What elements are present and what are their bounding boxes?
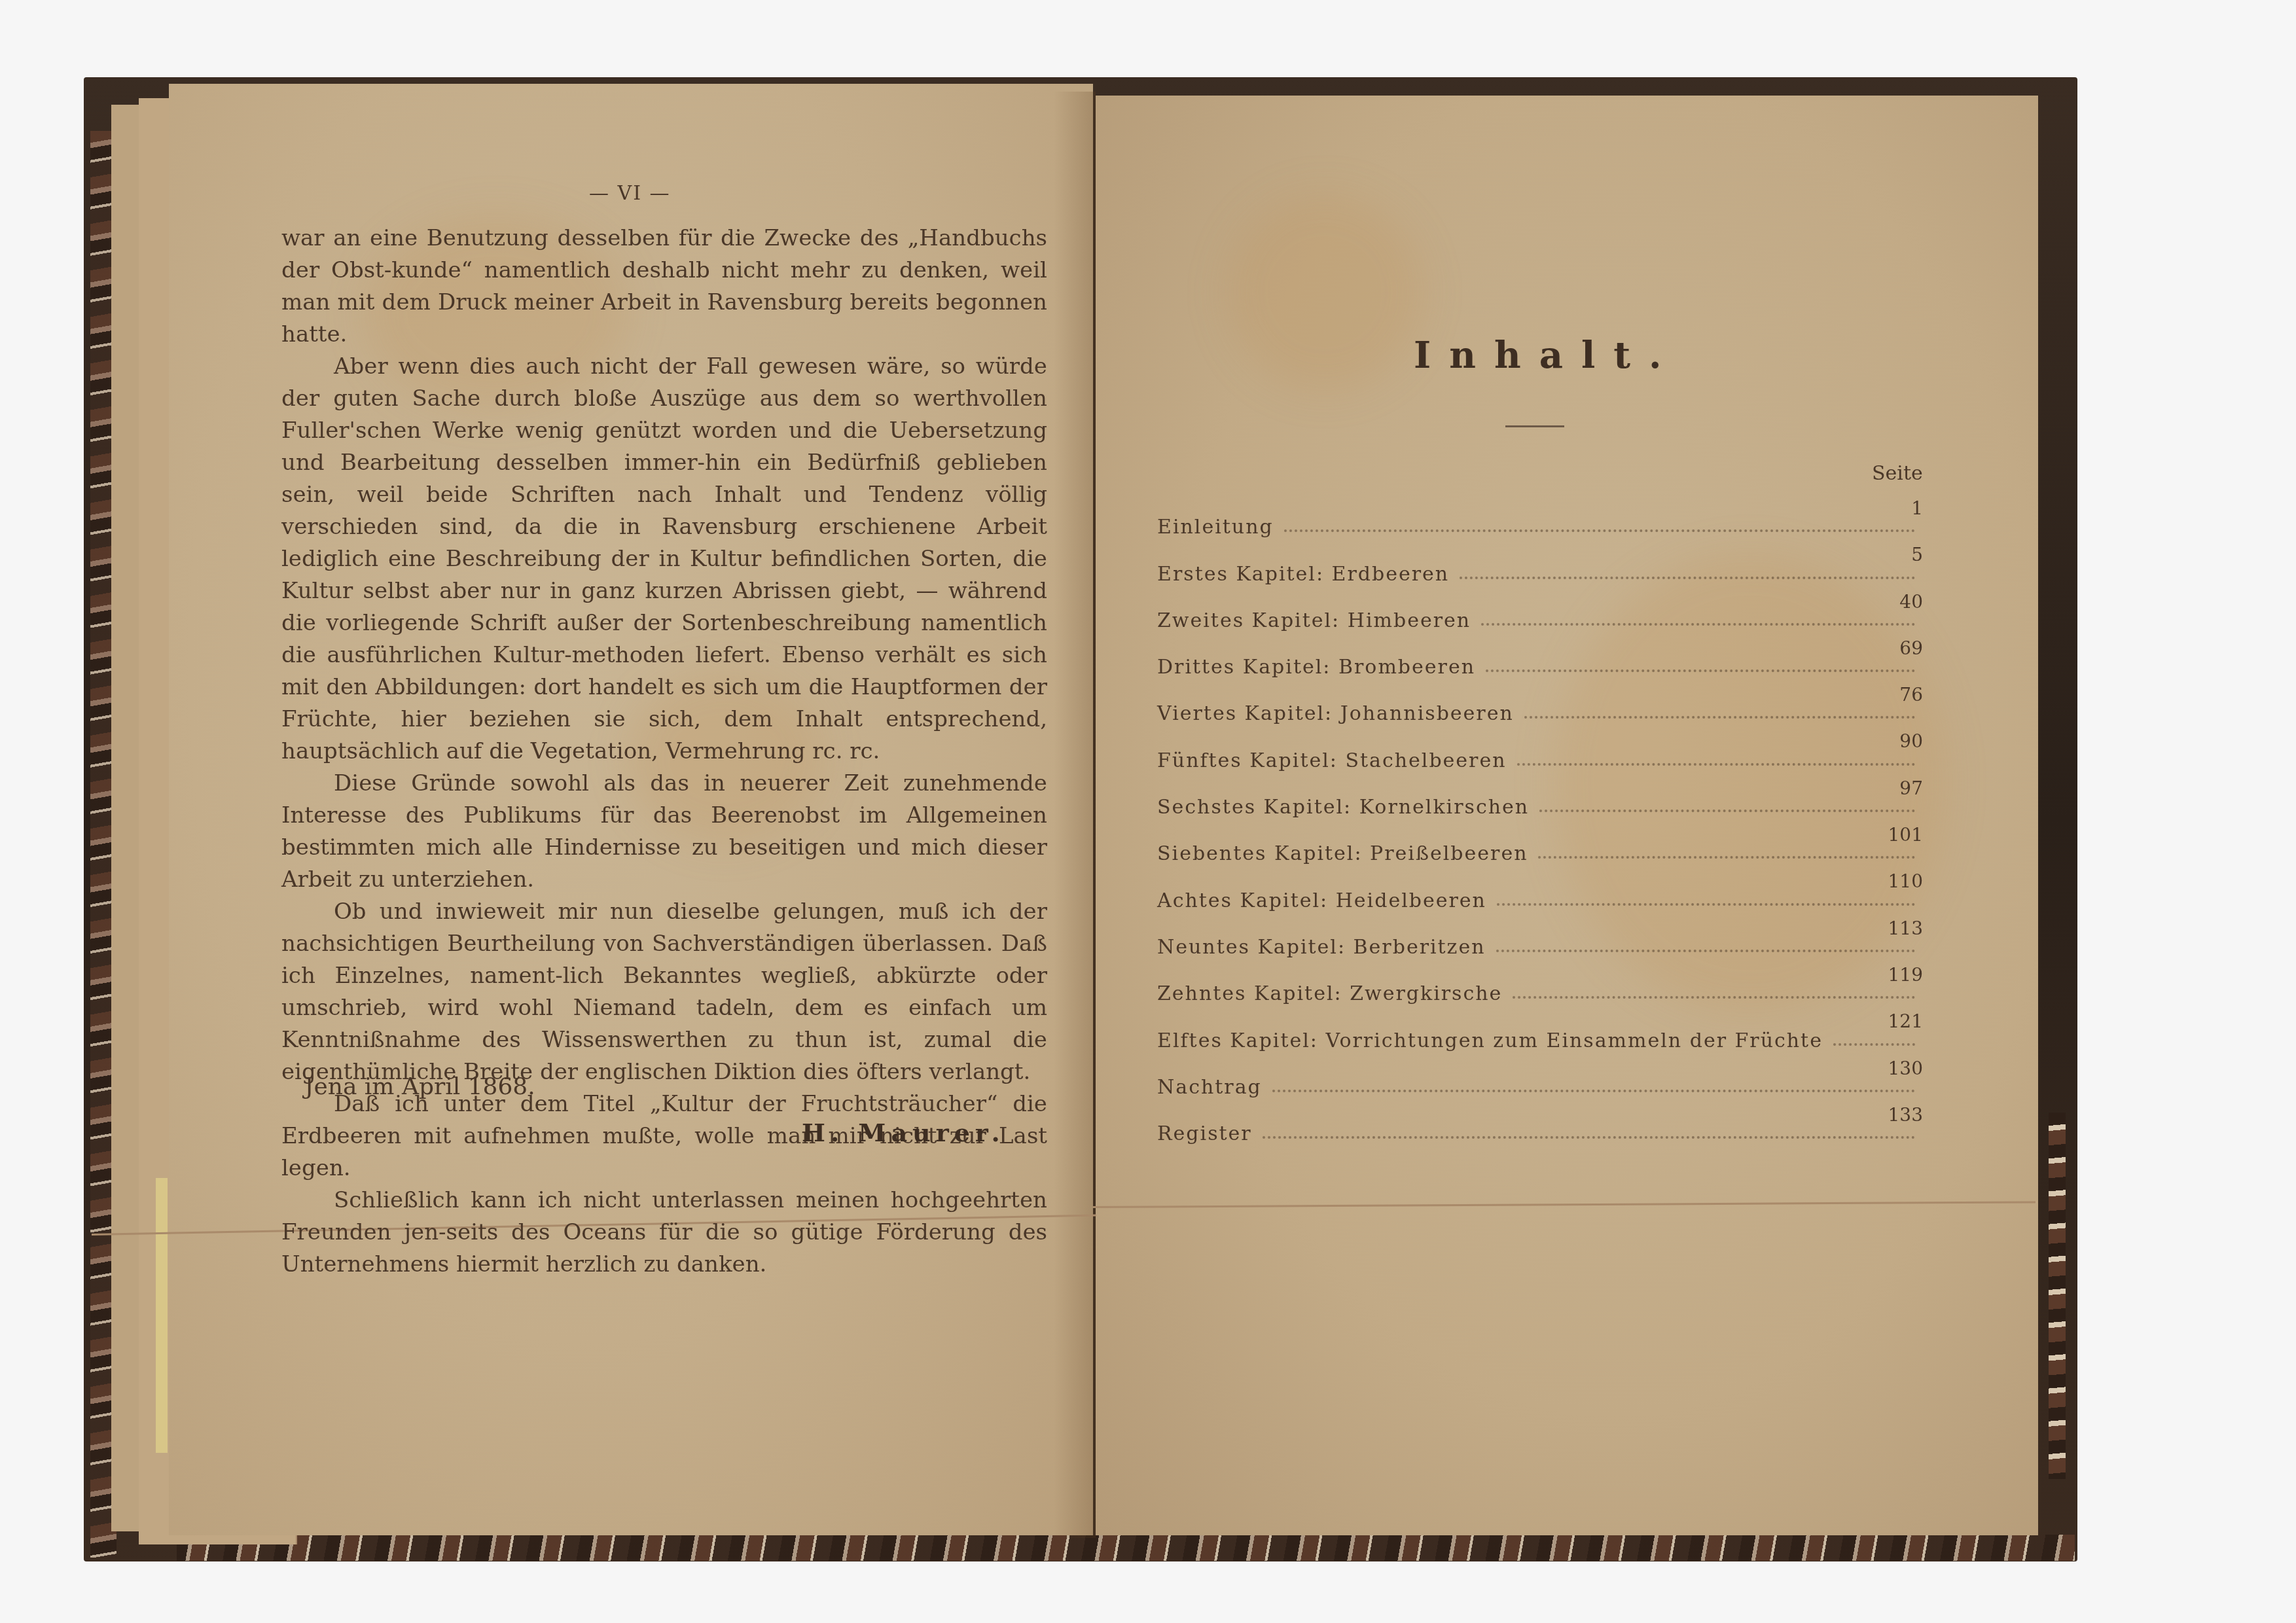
toc-entry-label: Neuntes Kapitel: Berberitzen	[1157, 936, 1486, 964]
toc-entry-page: 69	[1877, 637, 1923, 659]
toc-entry[interactable]: Viertes Kapitel: Johannisbeeren76	[1157, 684, 1923, 730]
toc-entry-label: Viertes Kapitel: Johannisbeeren	[1157, 702, 1514, 730]
toc-entry[interactable]: Drittes Kapitel: Brombeeren69	[1157, 637, 1923, 684]
toc-entry[interactable]: Sechstes Kapitel: Kornelkirschen97	[1157, 777, 1923, 824]
paragraph: Aber wenn dies auch nicht der Fall gewes…	[281, 351, 1047, 768]
toc-entry[interactable]: Register133	[1157, 1104, 1923, 1150]
leader-dots	[1539, 810, 1915, 812]
toc-entry-page: 119	[1877, 964, 1923, 986]
toc-entry[interactable]: Fünftes Kapitel: Stachelbeeren90	[1157, 730, 1923, 777]
toc-entry-page: 90	[1877, 730, 1923, 752]
toc-entry-label: Fünftes Kapitel: Stachelbeeren	[1157, 749, 1507, 777]
leader-dots	[1481, 623, 1915, 626]
toc-entry-label: Achtes Kapitel: Heidelbeeren	[1157, 889, 1486, 918]
toc-entry[interactable]: Zehntes Kapitel: Zwergkirsche119	[1157, 964, 1923, 1010]
divider	[1505, 425, 1564, 427]
toc-entry-label: Nachtrag	[1157, 1076, 1262, 1104]
toc-entry-label: Einleitung	[1157, 516, 1274, 544]
toc-entry-page: 101	[1877, 824, 1923, 846]
leader-dots	[1496, 950, 1915, 952]
toc-entry[interactable]: Zweites Kapitel: Himbeeren40	[1157, 591, 1923, 637]
toc-entry-label: Drittes Kapitel: Brombeeren	[1157, 656, 1475, 684]
table-of-contents: Einleitung1 Erstes Kapitel: Erdbeeren5 Z…	[1157, 497, 1923, 1150]
paragraph: Schließlich kann ich nicht unterlassen m…	[281, 1185, 1047, 1281]
toc-entry-label: Register	[1157, 1122, 1252, 1150]
bookmark-strip	[156, 1178, 168, 1453]
marbled-edge-right	[2049, 1113, 2066, 1479]
leader-dots	[1517, 763, 1915, 766]
toc-entry-page: 97	[1877, 777, 1923, 799]
paragraph: Ob und inwieweit mir nun dieselbe gelung…	[281, 896, 1047, 1088]
toc-entry-page: 130	[1877, 1058, 1923, 1079]
toc-entry-page: 1	[1877, 497, 1923, 519]
toc-entry-page: 133	[1877, 1104, 1923, 1126]
leader-dots	[1284, 529, 1915, 532]
leader-dots	[1833, 1043, 1915, 1046]
place-date: Jena im April 1868.	[304, 1073, 535, 1100]
leader-dots	[1486, 669, 1915, 672]
toc-entry[interactable]: Achtes Kapitel: Heidelbeeren110	[1157, 870, 1923, 917]
toc-entry-label: Zehntes Kapitel: Zwergkirsche	[1157, 982, 1502, 1010]
paragraph: Diese Gründe sowohl als das in neuerer Z…	[281, 768, 1047, 896]
leader-dots	[1497, 903, 1915, 906]
toc-entry[interactable]: Erstes Kapitel: Erdbeeren5	[1157, 544, 1923, 590]
toc-entry[interactable]: Nachtrag130	[1157, 1058, 1923, 1104]
gutter-shadow	[1054, 92, 1096, 1538]
author-signature: H. Maurer.	[802, 1118, 1005, 1147]
toc-entry-label: Zweites Kapitel: Himbeeren	[1157, 609, 1471, 637]
toc-entry-label: Elftes Kapitel: Vorrichtungen zum Einsam…	[1157, 1029, 1823, 1058]
toc-entry-page: 40	[1877, 591, 1923, 613]
toc-page-column-header: Seite	[1872, 462, 1923, 485]
leader-dots	[1524, 716, 1915, 719]
toc-title: Inhalt.	[1414, 334, 1680, 377]
leader-dots	[1538, 856, 1915, 859]
toc-entry[interactable]: Neuntes Kapitel: Berberitzen113	[1157, 918, 1923, 964]
toc-entry-page: 121	[1877, 1010, 1923, 1032]
leader-dots	[1263, 1136, 1915, 1139]
toc-entry-page: 5	[1877, 544, 1923, 565]
toc-entry-page: 110	[1877, 870, 1923, 892]
toc-entry-page: 113	[1877, 918, 1923, 939]
toc-entry[interactable]: Elftes Kapitel: Vorrichtungen zum Einsam…	[1157, 1010, 1923, 1057]
leader-dots	[1513, 996, 1915, 999]
leader-dots	[1272, 1090, 1915, 1092]
page-number: — VI —	[589, 182, 671, 205]
paragraph: war an eine Benutzung desselben für die …	[281, 223, 1047, 351]
toc-entry-page: 76	[1877, 684, 1923, 705]
toc-entry[interactable]: Einleitung1	[1157, 497, 1923, 544]
toc-entry-label: Sechstes Kapitel: Kornelkirschen	[1157, 796, 1529, 824]
marbled-edge-bottom	[177, 1535, 2075, 1561]
toc-entry[interactable]: Siebentes Kapitel: Preißelbeeren101	[1157, 824, 1923, 870]
toc-entry-label: Siebentes Kapitel: Preißelbeeren	[1157, 842, 1528, 870]
toc-entry-label: Erstes Kapitel: Erdbeeren	[1157, 563, 1449, 591]
leader-dots	[1460, 577, 1915, 579]
